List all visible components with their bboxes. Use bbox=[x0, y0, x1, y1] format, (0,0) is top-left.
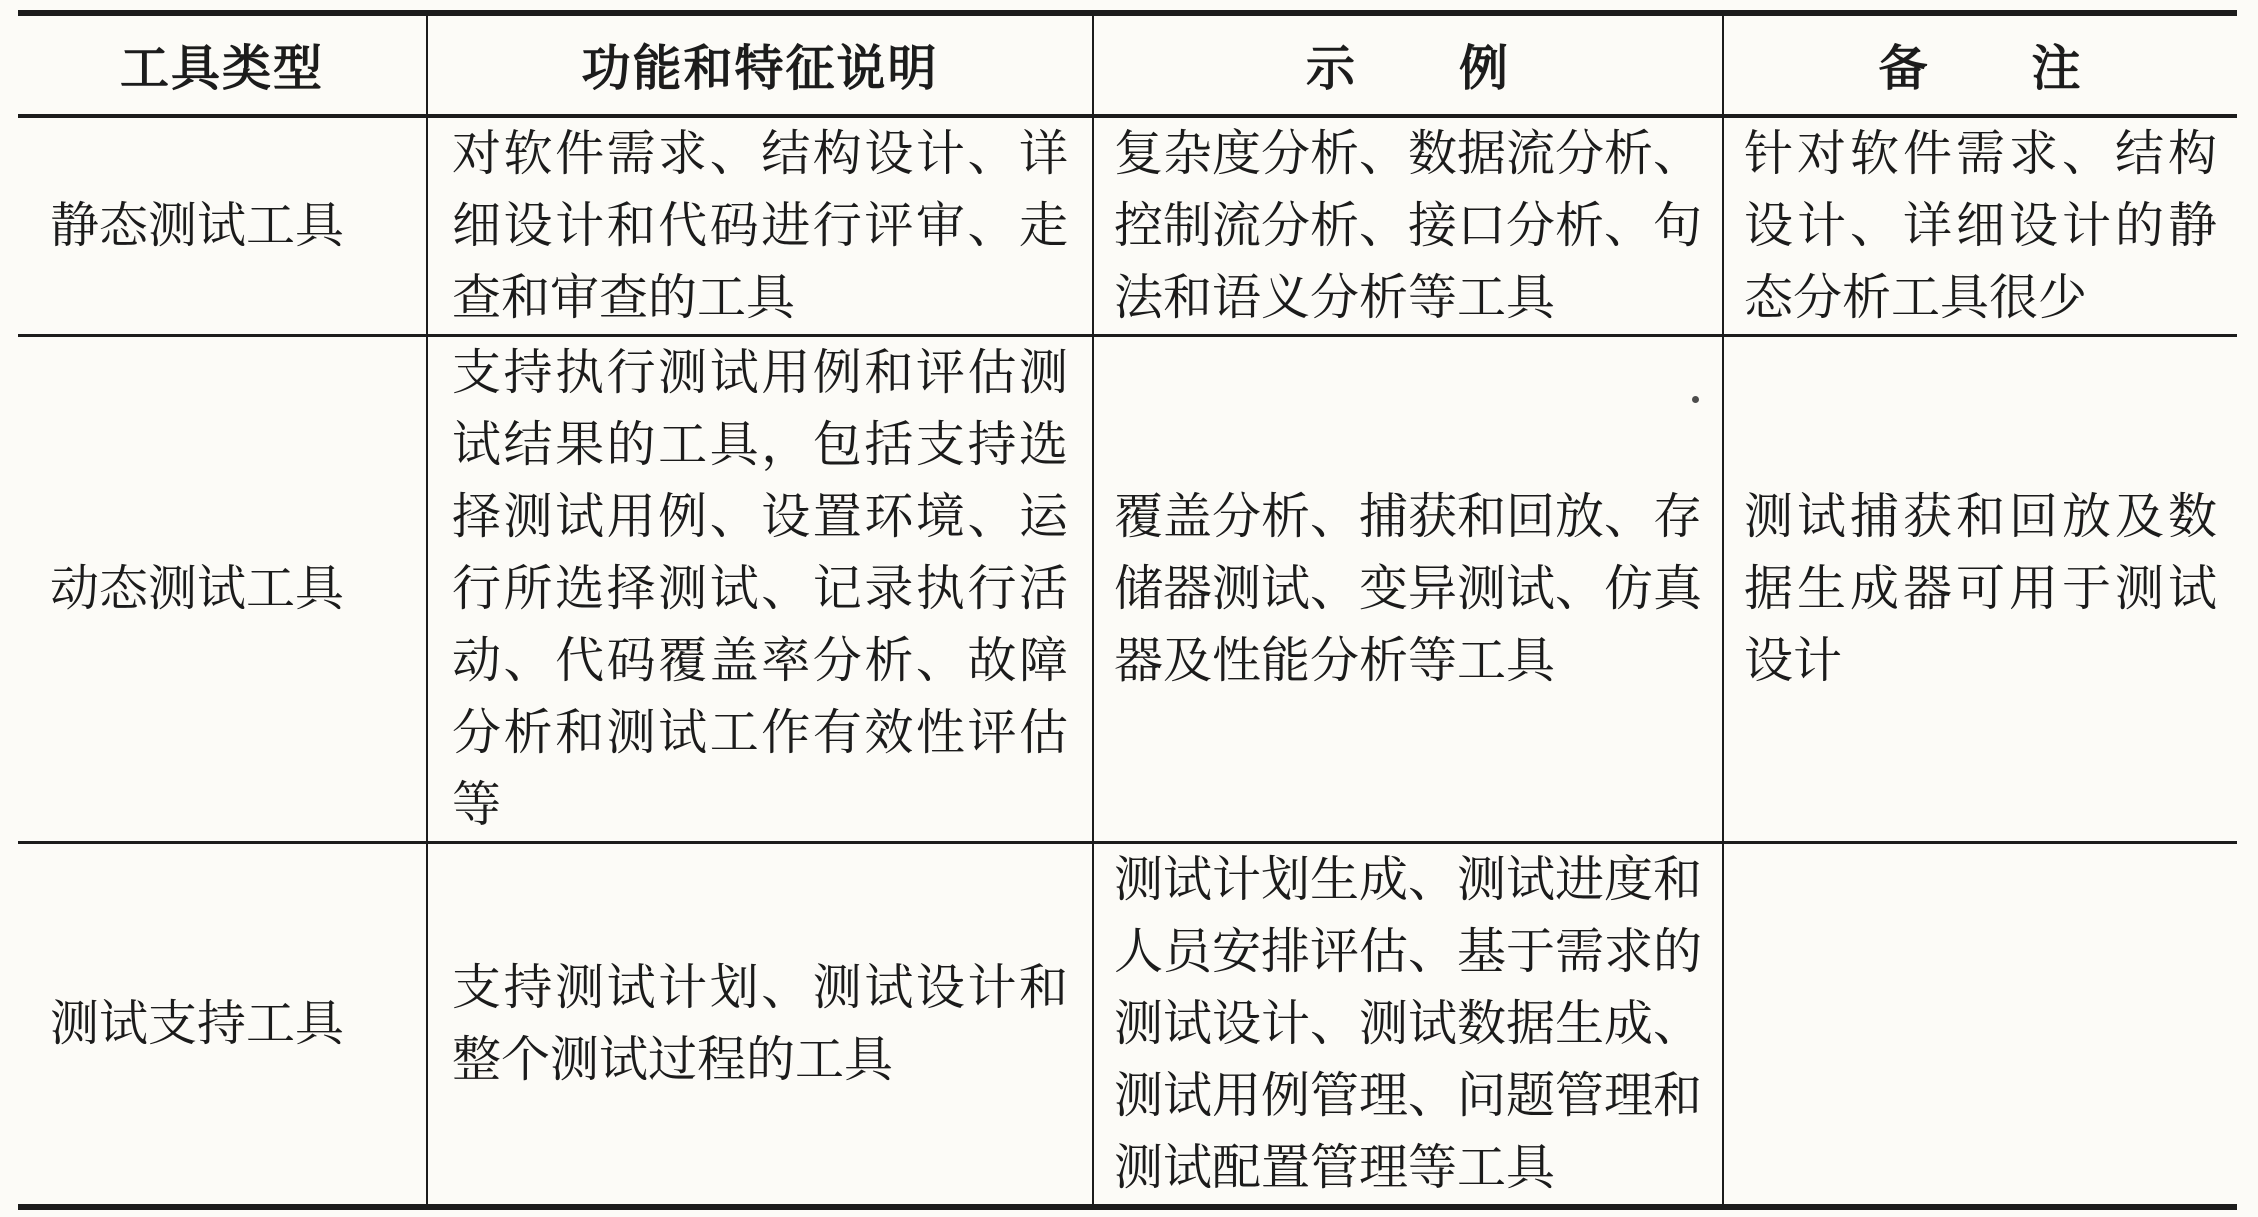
cell-examples: 测试计划生成、测试进度和人员安排评估、基于需求的测试设计、测试数据生成、测试用例… bbox=[1093, 843, 1723, 1208]
table-row: 测试支持工具 支持测试计划、测试设计和整个测试过程的工具 测试计划生成、测试进度… bbox=[18, 843, 2237, 1208]
cell-remarks: 测试捕获和回放及数据生成器可用于测试设计 bbox=[1723, 336, 2237, 843]
scan-speck bbox=[1692, 396, 1699, 403]
table-header-row: 工具类型 功能和特征说明 示 例 备 注 bbox=[18, 13, 2237, 116]
cell-remarks: 针对软件需求、结构设计、详细设计的静态分析工具很少 bbox=[1723, 116, 2237, 336]
table-row: 动态测试工具 支持执行测试用例和评估测试结果的工具，包括支持选择测试用例、设置环… bbox=[18, 336, 2237, 843]
cell-description: 支持测试计划、测试设计和整个测试过程的工具 bbox=[427, 843, 1093, 1208]
cell-tool-type: 静态测试工具 bbox=[18, 116, 427, 336]
column-header-examples: 示 例 bbox=[1093, 13, 1723, 116]
scanned-page: 工具类型 功能和特征说明 示 例 备 注 静态测试工具 对软件需求、结构设计、详… bbox=[0, 0, 2258, 1217]
cell-tool-type: 测试支持工具 bbox=[18, 843, 427, 1208]
cell-examples: 复杂度分析、数据流分析、控制流分析、接口分析、句法和语义分析等工具 bbox=[1093, 116, 1723, 336]
cell-description: 支持执行测试用例和评估测试结果的工具，包括支持选择测试用例、设置环境、运行所选择… bbox=[427, 336, 1093, 843]
testing-tools-table: 工具类型 功能和特征说明 示 例 备 注 静态测试工具 对软件需求、结构设计、详… bbox=[18, 10, 2237, 1210]
column-header-description: 功能和特征说明 bbox=[427, 13, 1093, 116]
cell-tool-type: 动态测试工具 bbox=[18, 336, 427, 843]
cell-remarks bbox=[1723, 843, 2237, 1208]
column-header-remarks: 备 注 bbox=[1723, 13, 2237, 116]
cell-description: 对软件需求、结构设计、详细设计和代码进行评审、走查和审查的工具 bbox=[427, 116, 1093, 336]
table-row: 静态测试工具 对软件需求、结构设计、详细设计和代码进行评审、走查和审查的工具 复… bbox=[18, 116, 2237, 336]
column-header-tool-type: 工具类型 bbox=[18, 13, 427, 116]
cell-examples: 覆盖分析、捕获和回放、存储器测试、变异测试、仿真器及性能分析等工具 bbox=[1093, 336, 1723, 843]
